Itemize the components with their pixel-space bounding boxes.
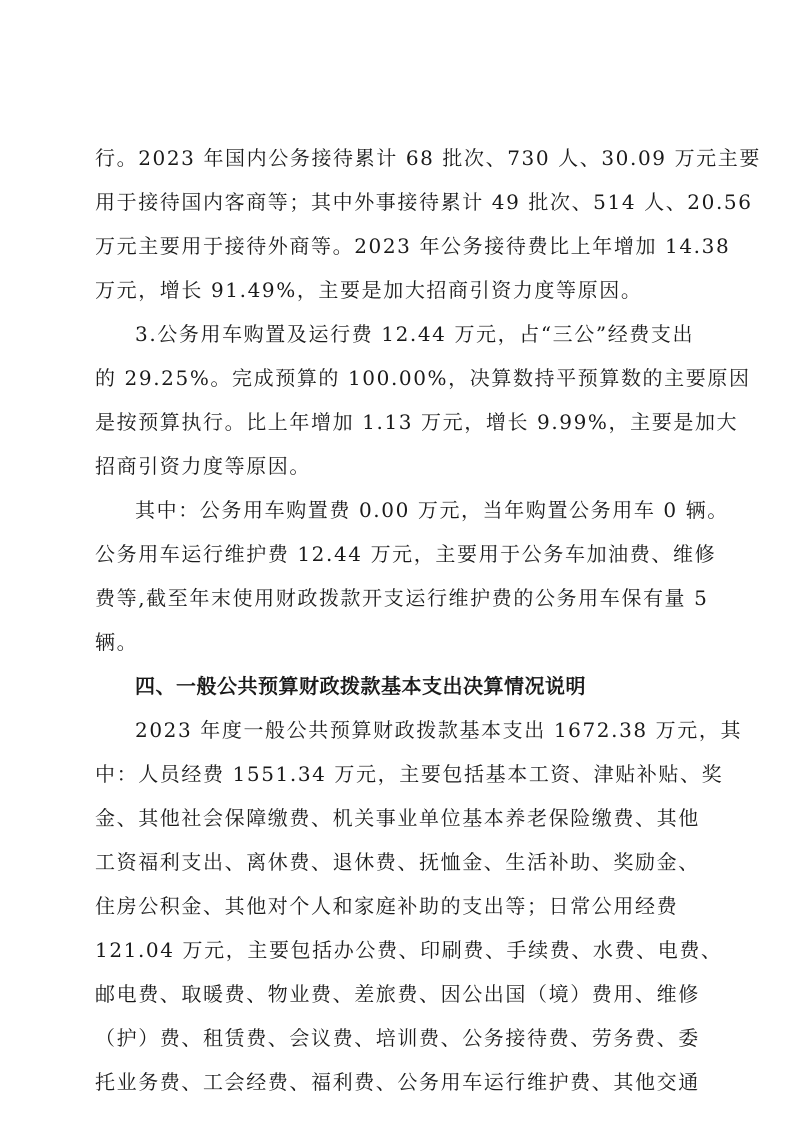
- paragraph-line: 121.04 万元，主要包括办公费、印刷费、手续费、水费、电费、: [95, 936, 705, 964]
- paragraph-line: 万元，增长 91.49%，主要是加大招商引资力度等原因。: [95, 276, 705, 304]
- paragraph-line: 2023 年度一般公共预算财政拨款基本支出 1672.38 万元，其: [135, 716, 745, 744]
- paragraph-line: 工资福利支出、离休费、退休费、抚恤金、生活补助、奖励金、: [95, 848, 705, 876]
- paragraph-line: 是按预算执行。比上年增加 1.13 万元，增长 9.99%，主要是加大: [95, 408, 705, 436]
- paragraph-line: 行。2023 年国内公务接待累计 68 批次、730 人、30.09 万元主要: [95, 144, 705, 172]
- document-page: 行。2023 年国内公务接待累计 68 批次、730 人、30.09 万元主要 …: [0, 0, 793, 1122]
- paragraph-line: 万元主要用于接待外商等。2023 年公务接待费比上年增加 14.38: [95, 232, 705, 260]
- section-heading-4: 四、一般公共预算财政拨款基本支出决算情况说明: [135, 672, 745, 700]
- paragraph-line: （护）费、租赁费、会议费、培训费、公务接待费、劳务费、委: [95, 1024, 705, 1052]
- paragraph-line: 中：人员经费 1551.34 万元，主要包括基本工资、津贴补贴、奖: [95, 760, 705, 788]
- paragraph-line: 公务用车运行维护费 12.44 万元，主要用于公务车加油费、维修: [95, 540, 705, 568]
- paragraph-line: 招商引资力度等原因。: [95, 452, 705, 480]
- paragraph-line: 金、其他社会保障缴费、机关事业单位基本养老保险缴费、其他: [95, 804, 705, 832]
- paragraph-line: 用于接待国内客商等；其中外事接待累计 49 批次、514 人、20.56: [95, 188, 705, 216]
- paragraph-line: 费等,截至年末使用财政拨款开支运行维护费的公务用车保有量 5: [95, 584, 705, 612]
- paragraph-line: 邮电费、取暖费、物业费、差旅费、因公出国（境）费用、维修: [95, 980, 705, 1008]
- paragraph-line: 托业务费、工会经费、福利费、公务用车运行维护费、其他交通: [95, 1068, 705, 1096]
- paragraph-line: 3.公务用车购置及运行费 12.44 万元，占“三公”经费支出: [135, 320, 745, 348]
- paragraph-line: 其中：公务用车购置费 0.00 万元，当年购置公务用车 0 辆。: [135, 496, 745, 524]
- paragraph-line: 辆。: [95, 628, 705, 656]
- paragraph-line: 住房公积金、其他对个人和家庭补助的支出等；日常公用经费: [95, 892, 705, 920]
- paragraph-line: 的 29.25%。完成预算的 100.00%，决算数持平预算数的主要原因: [95, 364, 705, 392]
